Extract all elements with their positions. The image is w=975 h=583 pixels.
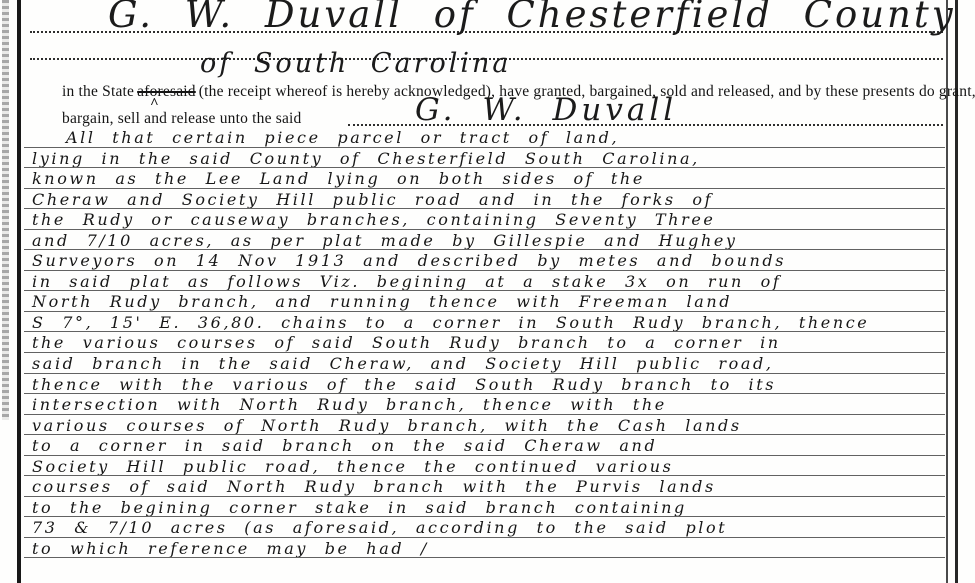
handwritten-line: lying in the said County of Chesterfield… [24,148,945,169]
printed-clause-line2: bargain, sell and release unto the said [62,110,302,128]
struck-word-aforesaid: aforesaid [137,83,196,100]
scan-edge-texture [2,0,9,420]
handwritten-line: Cheraw and Society Hill public road and … [24,189,945,210]
handwritten-line: North Rudy branch, and running thence wi… [24,291,945,312]
handwritten-line: thence with the various of the said Sout… [24,374,945,395]
deed-document-page: G. W. Duvall of Chesterfield County of S… [0,0,975,583]
handwritten-line: to a corner in said branch on the said C… [24,435,945,456]
handwritten-line: the various courses of said South Rudy b… [24,332,945,353]
handwritten-line: said branch in the said Cheraw, and Soci… [24,353,945,374]
handwritten-line: the Rudy or causeway branches, containin… [24,209,945,230]
handwritten-line: various courses of North Rudy branch, wi… [24,415,945,436]
handwritten-line: known as the Lee Land lying on both side… [24,168,945,189]
handwritten-line: to the begining corner stake in said bra… [24,497,945,518]
handwritten-line: courses of said North Rudy branch with t… [24,476,945,497]
handwritten-line: Surveyors on 14 Nov 1913 and described b… [24,250,945,271]
left-margin-rule [17,0,21,583]
grantee-name-handwritten: G. W. Duvall [415,92,677,128]
handwritten-line: and 7/10 acres, as per plat made by Gill… [24,230,945,251]
handwritten-line: 73 & 7/10 acres (as aforesaid, according… [24,517,945,538]
printed-text-pre: in the State [62,83,134,100]
handwritten-line: intersection with North Rudy branch, the… [24,394,945,415]
handwritten-line: Society Hill public road, thence the con… [24,456,945,477]
handwritten-line: to which reference may be had / [24,538,945,559]
state-insertion-handwritten: of South Carolina [200,48,511,79]
handwritten-line: S 7°, 15' E. 36,80. chains to a corner i… [24,312,945,333]
handwritten-line: in said plat as follows Viz. begining at… [24,271,945,292]
grantor-name-handwritten: G. W. Duvall of Chesterfield County [108,0,956,36]
handwritten-line: All that certain piece parcel or tract o… [24,127,945,148]
deed-body-text: All that certain piece parcel or tract o… [24,127,945,558]
